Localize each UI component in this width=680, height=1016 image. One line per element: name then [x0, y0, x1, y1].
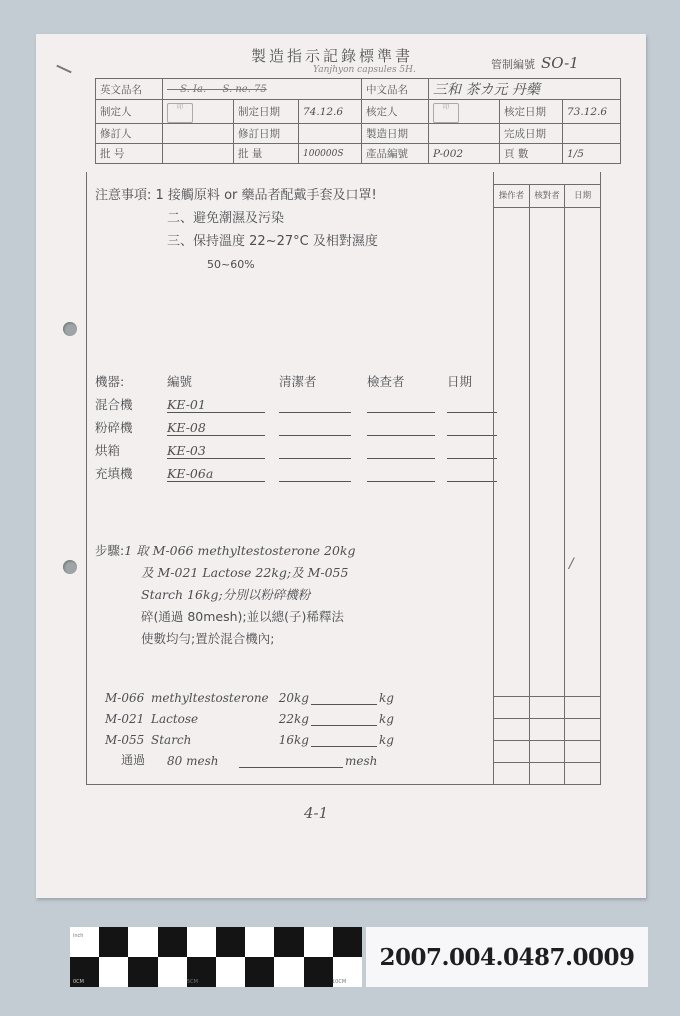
english-name-struck: — S. Ia. — S. ne. 75	[167, 84, 267, 95]
label-manufacture-date: 製造日期	[362, 124, 429, 144]
header-row-author: 制定人 印 制定日期 74.12.6 核定人 印 核定日期 73.12.6	[96, 100, 621, 124]
header-row-batch: 批 号 批 量 100000S 產品編號 P-002 頁 數 1/5	[96, 144, 621, 164]
value-completion-date	[563, 124, 621, 144]
value-approve-date: 73.12.6	[563, 100, 621, 124]
header-table: 英文品名 Yanjhyon capsules 5H. — S. Ia. — S.…	[95, 78, 621, 164]
scale-label-5: 5CM	[187, 979, 198, 985]
control-number-label: 管制編號	[491, 58, 535, 71]
precautions-label: 注意事項:	[95, 188, 151, 203]
precaution-line: 注意事項: 1 接觸原料 or 藥品者配戴手套及口罩!	[95, 184, 378, 207]
label-reviser: 修訂人	[96, 124, 163, 144]
checker-mark: /	[569, 556, 574, 572]
signoff-columns: 操作者 核對者 日期 /	[493, 172, 600, 784]
approver-stamp-cell: 印	[429, 100, 500, 124]
page-number: 4-1	[304, 804, 328, 822]
step-line: 及 M-021 Lactose 22kg;及 M-055	[95, 562, 495, 584]
precaution-line: 50~60%	[95, 253, 378, 276]
control-number-value: SO-1	[541, 54, 579, 72]
equipment-table: 機器: 編號 清潔者 檢查者 日期 混合機 KE-01 粉碎機 KE-08 烘箱…	[95, 367, 497, 482]
value-page-count: 1/5	[563, 144, 621, 164]
label-product-code: 產品編號	[362, 144, 429, 164]
control-number: 管制編號SO-1	[491, 54, 579, 72]
punch-hole-bottom	[63, 560, 77, 574]
precautions-section: 注意事項: 1 接觸原料 or 藥品者配戴手套及口罩! 二、避免潮濕及污染 三、…	[95, 184, 378, 276]
step-line: 步驟:1 取 M-066 methyltestosterone 20kg	[95, 540, 495, 562]
label-batch-no: 批 号	[96, 144, 163, 164]
value-batch-no	[163, 144, 234, 164]
value-english-name: Yanjhyon capsules 5H. — S. Ia. — S. ne. …	[163, 79, 362, 100]
signoff-grid	[494, 696, 600, 784]
value-chinese-name: 三和 茶カ元 丹藥	[429, 79, 621, 100]
label-completion-date: 完成日期	[500, 124, 563, 144]
label-revision-date: 修訂日期	[234, 124, 299, 144]
steps-label: 步驟:	[95, 543, 124, 558]
scale-label-10: 10CM	[332, 979, 346, 985]
value-batch-size: 100000S	[299, 144, 362, 164]
header-row-english-name: 英文品名 Yanjhyon capsules 5H. — S. Ia. — S.…	[96, 79, 621, 100]
value-reviser	[163, 124, 234, 144]
punch-hole-top	[63, 322, 77, 336]
col-operator: 操作者	[494, 185, 530, 207]
header-row-revision: 修訂人 修訂日期 製造日期 完成日期	[96, 124, 621, 144]
label-page-count: 頁 數	[500, 144, 563, 164]
value-author-date: 74.12.6	[299, 100, 362, 124]
material-row: M-055 Starch 16kg kg	[105, 726, 399, 747]
col-checker: 核對者	[530, 185, 566, 207]
equipment-row: 混合機 KE-01	[95, 390, 497, 413]
col-date: 日期	[565, 185, 600, 207]
equipment-row: 粉碎機 KE-08	[95, 413, 497, 436]
document-sheet: 製造指示記錄標準書 管制編號SO-1 英文品名 Yanjhyon capsule…	[36, 34, 646, 898]
label-batch-size: 批 量	[234, 144, 299, 164]
label-author: 制定人	[96, 100, 163, 124]
material-row: M-021 Lactose 22kg kg	[105, 705, 399, 726]
procedure-steps: 步驟:1 取 M-066 methyltestosterone 20kg 及 M…	[95, 540, 495, 650]
precaution-line: 二、避免潮濕及污染	[95, 207, 378, 230]
scale-label-0: 0CM	[73, 979, 84, 985]
label-approver: 核定人	[362, 100, 429, 124]
scale-side-label: inch	[73, 933, 83, 939]
label-approve-date: 核定日期	[500, 100, 563, 124]
document-title: 製造指示記錄標準書	[251, 45, 413, 66]
approver-stamp: 印	[433, 103, 459, 123]
author-stamp: 印	[167, 103, 193, 123]
label-chinese-name: 中文品名	[362, 79, 429, 100]
material-row: M-066 methyltestosterone 20kg kg	[105, 684, 399, 705]
english-name-annotation: Yanjhyon capsules 5H.	[313, 65, 416, 75]
accession-number: 2007.004.0487.0009	[366, 927, 648, 987]
equipment-row: 充填機 KE-06a	[95, 459, 497, 482]
margin-tick-mark	[56, 65, 71, 74]
label-author-date: 制定日期	[234, 100, 299, 124]
signoff-header: 操作者 核對者 日期	[494, 184, 600, 208]
step-line: 碎(通過 80mesh);並以總(子)稀釋法	[95, 606, 495, 628]
author-stamp-cell: 印	[163, 100, 234, 124]
value-manufacture-date	[429, 124, 500, 144]
value-product-code: P-002	[429, 144, 500, 164]
equipment-header: 機器: 編號 清潔者 檢查者 日期	[95, 367, 497, 390]
materials-list: M-066 methyltestosterone 20kg kg M-021 L…	[105, 684, 399, 768]
step-line: 使數均勻;置於混合機內;	[95, 628, 495, 650]
value-revision-date	[299, 124, 362, 144]
scale-bar: inch 0CM 5CM 10CM	[70, 927, 362, 987]
material-row: 通過 80 mesh mesh	[105, 747, 399, 768]
instruction-body: 注意事項: 1 接觸原料 or 藥品者配戴手套及口罩! 二、避免潮濕及污染 三、…	[86, 172, 601, 785]
equipment-row: 烘箱 KE-03	[95, 436, 497, 459]
label-english-name: 英文品名	[96, 79, 163, 100]
step-line: Starch 16kg;分別以粉碎機粉	[95, 584, 495, 606]
precaution-line: 三、保持溫度 22~27°C 及相對濕度	[95, 230, 378, 253]
